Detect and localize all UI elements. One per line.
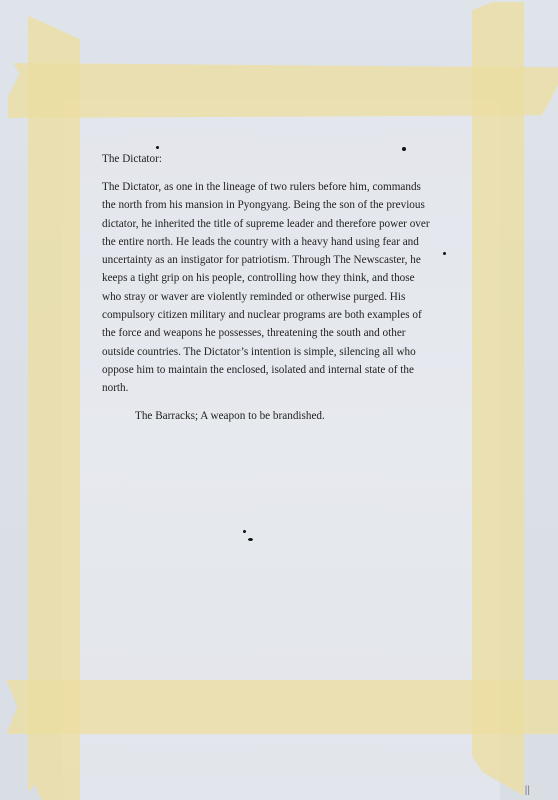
ink-speck: [156, 146, 159, 149]
tape-strip-bottom: [6, 680, 558, 734]
body-line: oppose him to maintain the enclosed, iso…: [102, 361, 432, 379]
document-tagline: The Barracks; A weapon to be brandished.: [135, 410, 432, 422]
body-line: The Dictator, as one in the lineage of t…: [102, 178, 432, 196]
document-title: The Dictator:: [102, 153, 432, 165]
body-line: the entire north. He leads the country w…: [102, 233, 432, 251]
body-line: uncertainty as an instigator for patriot…: [102, 251, 432, 269]
tape-strip-top: [8, 63, 558, 118]
body-line: north.: [102, 379, 432, 397]
body-line: the force and weapons he possesses, thre…: [102, 324, 432, 342]
document-text: The Dictator: The Dictator, as one in th…: [102, 153, 432, 422]
body-line: dictator, he inherited the title of supr…: [102, 215, 432, 233]
body-line: compulsory citizen military and nuclear …: [102, 306, 432, 324]
body-line: outside countries. The Dictator’s intent…: [102, 343, 432, 361]
tape-strip-right: [472, 2, 524, 796]
pencil-mark: ||: [525, 785, 530, 796]
ink-speck: [248, 538, 253, 541]
ink-speck: [402, 147, 406, 151]
body-line: who stray or waver are violently reminde…: [102, 288, 432, 306]
document-body: The Dictator, as one in the lineage of t…: [102, 178, 432, 398]
body-line: keeps a tight grip on his people, contro…: [102, 269, 432, 287]
body-line: the north from his mansion in Pyongyang.…: [102, 196, 432, 214]
ink-speck: [243, 530, 246, 533]
ink-speck: [443, 252, 446, 255]
